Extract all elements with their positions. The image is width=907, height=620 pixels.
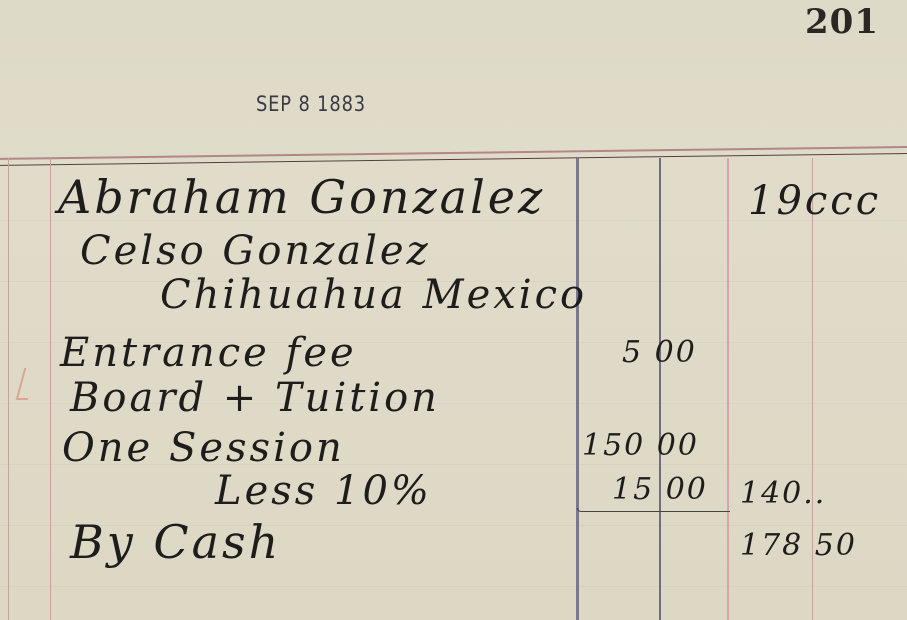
discount-label: Less 10% bbox=[215, 468, 432, 514]
subtotal-underline bbox=[577, 508, 730, 512]
session-label: One Session bbox=[62, 425, 345, 471]
dollar-column-rule bbox=[576, 158, 579, 620]
page-number: 201 bbox=[805, 2, 879, 42]
entrance-fee-label: Entrance fee bbox=[60, 330, 357, 376]
board-tuition-label: Board + Tuition bbox=[70, 375, 440, 421]
entrance-fee-amount: 5 00 bbox=[622, 335, 697, 370]
payment-label: By Cash bbox=[70, 515, 281, 569]
margin-rule-left bbox=[8, 158, 9, 620]
ledger-page: 201 SEP 8 1883 Abraham Gonzalez 19ccc Ce… bbox=[0, 0, 907, 620]
session-amount: 150 00 bbox=[582, 428, 699, 463]
date-stamp: SEP 8 1883 bbox=[256, 92, 366, 116]
account-number: 19ccc bbox=[748, 178, 881, 224]
payment-amount: 178 50 bbox=[740, 528, 857, 563]
net-total: 140.. bbox=[740, 476, 826, 511]
discount-amount: 15 00 bbox=[612, 472, 708, 507]
location: Chihuahua Mexico bbox=[160, 272, 587, 318]
student-name: Celso Gonzalez bbox=[80, 228, 431, 274]
margin-rule-inner bbox=[50, 158, 51, 620]
total-column-rule bbox=[727, 158, 729, 620]
cents-column-rule bbox=[659, 158, 661, 620]
account-holder-name: Abraham Gonzalez bbox=[58, 170, 545, 224]
